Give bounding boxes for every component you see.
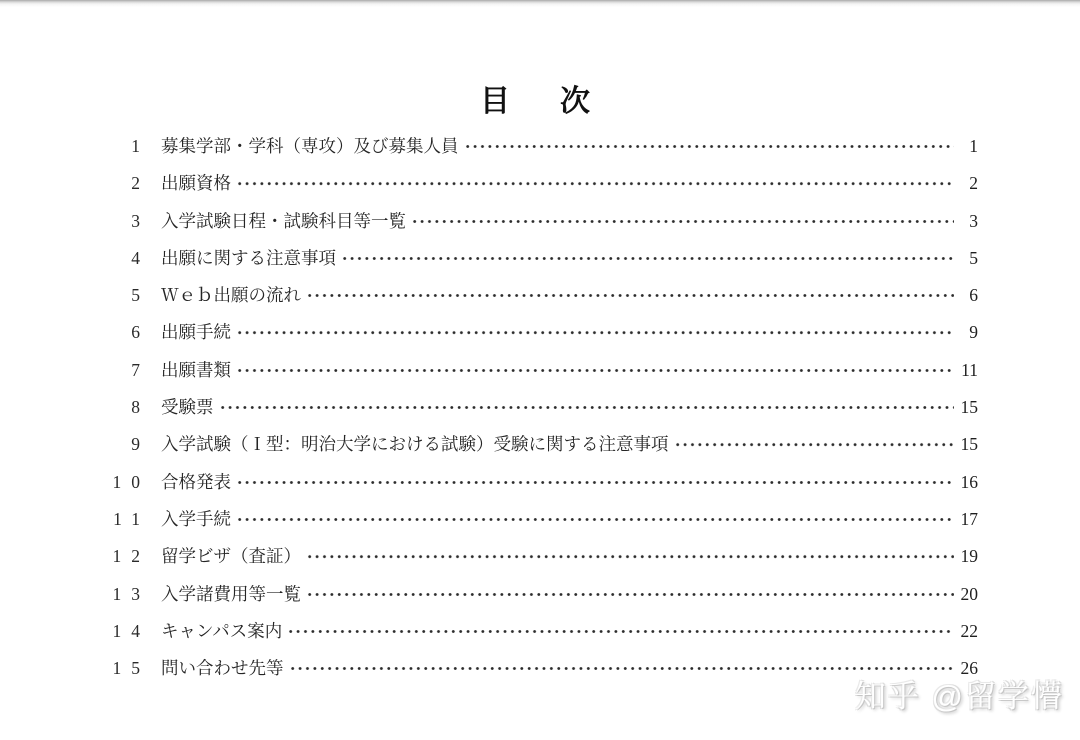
toc-list: 1 募集学部・学科（専攻）及び募集人員 1 2 出願資格 2 3 入学試験日程・… xyxy=(100,128,978,687)
toc-item-label: 留学ビザ（査証） xyxy=(161,538,301,575)
toc-item-number: 2 xyxy=(100,165,150,202)
toc-item-page: 1 xyxy=(956,128,978,165)
toc-item-number: 3 xyxy=(100,203,150,240)
toc-item-label: 募集学部・学科（専攻）及び募集人員 xyxy=(161,128,459,165)
toc-item-label: 出願書類 xyxy=(161,352,231,389)
toc-item-label: 出願資格 xyxy=(161,165,231,202)
toc-item-label: 合格発表 xyxy=(161,464,231,501)
top-edge-divider xyxy=(0,0,1080,7)
toc-item-number: 6 xyxy=(100,314,150,351)
toc-item-page: 5 xyxy=(956,240,978,277)
toc-item-page: 15 xyxy=(956,426,978,463)
toc-item-number: 11 xyxy=(100,501,150,538)
toc-item-label: 入学試験日程・試験科目等一覧 xyxy=(161,203,406,240)
toc-item-page: 16 xyxy=(956,464,978,501)
toc-row: 14 キャンパス案内 22 xyxy=(100,613,978,650)
toc-item-page: 3 xyxy=(956,203,978,240)
toc-leader-dots xyxy=(411,203,954,240)
toc-leader-dots xyxy=(287,613,954,650)
toc-item-page: 2 xyxy=(956,165,978,202)
toc-item-label: 入学手続 xyxy=(161,501,231,538)
toc-item-page: 6 xyxy=(956,277,978,314)
toc-item-number: 7 xyxy=(100,352,150,389)
toc-item-number: 4 xyxy=(100,240,150,277)
toc-row: 15 問い合わせ先等 26 xyxy=(100,650,978,687)
toc-leader-dots xyxy=(236,165,954,202)
toc-leader-dots xyxy=(236,314,954,351)
toc-leader-dots xyxy=(306,277,954,314)
toc-row: 3 入学試験日程・試験科目等一覧 3 xyxy=(100,203,978,240)
toc-item-label: 入学試験（Ｉ型：明治大学における試験）受験に関する注意事項 xyxy=(161,426,669,463)
toc-item-number: 5 xyxy=(100,277,150,314)
toc-leader-dots xyxy=(236,352,954,389)
toc-leader-dots xyxy=(236,501,954,538)
toc-item-number: 8 xyxy=(100,389,150,426)
toc-row: 5 Ｗｅｂ出願の流れ 6 xyxy=(100,277,978,314)
toc-row: 9 入学試験（Ｉ型：明治大学における試験）受験に関する注意事項 15 xyxy=(100,426,978,463)
toc-row: 12 留学ビザ（査証） 19 xyxy=(100,538,978,575)
toc-item-label: キャンパス案内 xyxy=(161,613,282,650)
toc-item-label: 入学諸費用等一覧 xyxy=(161,576,301,613)
toc-item-number: 1 xyxy=(100,128,150,165)
document-page: 目 次 1 募集学部・学科（専攻）及び募集人員 1 2 出願資格 2 3 入学試… xyxy=(0,0,1080,740)
toc-leader-dots xyxy=(306,576,954,613)
toc-row: 6 出願手続 9 xyxy=(100,314,978,351)
toc-leader-dots xyxy=(219,389,955,426)
toc-row: 8 受験票 15 xyxy=(100,389,978,426)
toc-item-label: 出願手続 xyxy=(161,314,231,351)
toc-item-label: 受験票 xyxy=(161,389,214,426)
toc-item-number: 14 xyxy=(100,613,150,650)
toc-row: 11 入学手続 17 xyxy=(100,501,978,538)
toc-leader-dots xyxy=(341,240,954,277)
toc-row: 4 出願に関する注意事項 5 xyxy=(100,240,978,277)
toc-item-page: 11 xyxy=(956,352,978,389)
toc-leader-dots xyxy=(464,128,955,165)
page-title: 目 次 xyxy=(0,76,1080,120)
toc-row: 13 入学諸費用等一覧 20 xyxy=(100,576,978,613)
toc-item-page: 15 xyxy=(956,389,978,426)
toc-row: 2 出願資格 2 xyxy=(100,165,978,202)
toc-item-number: 15 xyxy=(100,650,150,687)
toc-leader-dots xyxy=(236,464,954,501)
toc-item-page: 9 xyxy=(956,314,978,351)
toc-leader-dots xyxy=(674,426,955,463)
toc-item-label: 出願に関する注意事項 xyxy=(161,240,336,277)
toc-item-page: 20 xyxy=(956,576,978,613)
toc-item-number: 9 xyxy=(100,426,150,463)
toc-item-page: 22 xyxy=(956,613,978,650)
toc-row: 10 合格発表 16 xyxy=(100,464,978,501)
toc-item-page: 19 xyxy=(956,538,978,575)
toc-item-number: 10 xyxy=(100,464,150,501)
toc-row: 1 募集学部・学科（専攻）及び募集人員 1 xyxy=(100,128,978,165)
toc-row: 7 出願書類 11 xyxy=(100,352,978,389)
toc-item-label: 問い合わせ先等 xyxy=(161,650,284,687)
toc-item-number: 13 xyxy=(100,576,150,613)
toc-leader-dots xyxy=(306,538,954,575)
toc-item-number: 12 xyxy=(100,538,150,575)
watermark: 知乎 @留学懵 xyxy=(855,671,1064,716)
toc-item-label: Ｗｅｂ出願の流れ xyxy=(161,277,301,314)
toc-item-page: 17 xyxy=(956,501,978,538)
